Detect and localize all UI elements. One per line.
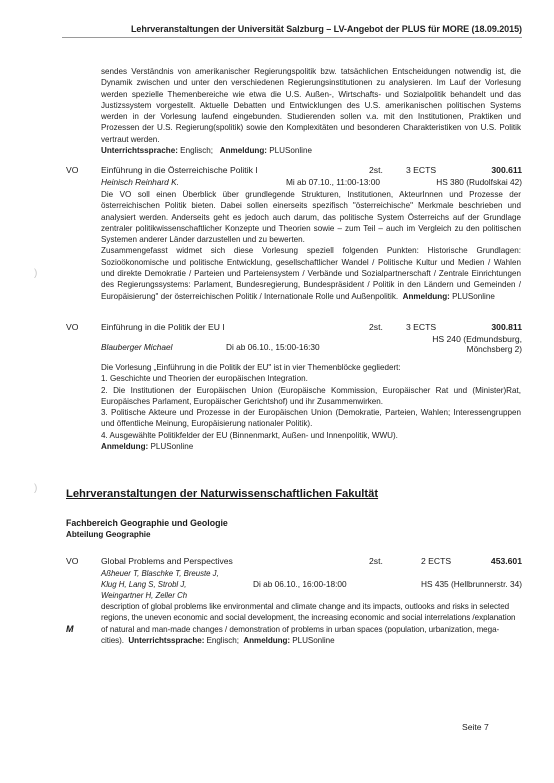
- lang-value: Englisch;: [178, 146, 213, 155]
- course-lecturer: Blauberger Michael: [101, 342, 172, 352]
- registration-value: PLUSonline: [450, 292, 495, 301]
- course-title: Global Problems and Perspectives: [101, 556, 233, 566]
- registration-label: Anmeldung:: [403, 292, 450, 301]
- course-hours: 2st.: [369, 556, 383, 566]
- course-topic: 1. Geschichte und Theorien der europäisc…: [101, 373, 521, 384]
- course-time: Di ab 06.10., 16:00-18:00: [253, 579, 347, 589]
- faculty-heading: Lehrveranstaltungen der Naturwissenschaf…: [66, 488, 378, 500]
- course-entry: VO Global Problems and Perspectives 2st.…: [66, 556, 522, 568]
- registration-label: Anmeldung:: [220, 146, 267, 155]
- intro-text: sendes Verständnis von amerikanischer Re…: [101, 66, 521, 156]
- registration-value: PLUSonline: [290, 636, 334, 645]
- course-room: HS 435 (Hellbrunnerstr. 34): [421, 579, 522, 589]
- course-description: Die Vorlesung „Einführung in die Politik…: [101, 362, 521, 452]
- registration-label: Anmeldung:: [101, 442, 148, 451]
- course-ects: 3 ECTS: [406, 322, 436, 332]
- lecturer-line: Aßheuer T, Blaschke T, Breuste J,: [101, 568, 219, 579]
- course-entry: VO Einführung in die Politik der EU I 2s…: [66, 322, 522, 356]
- course-number: 453.601: [491, 556, 522, 566]
- intro-paragraph: sendes Verständnis von amerikanischer Re…: [101, 66, 521, 145]
- page-header: Lehrveranstaltungen der Universität Salz…: [62, 24, 522, 34]
- registration-label: Anmeldung:: [243, 636, 290, 645]
- course-desc: description of global problems like envi…: [101, 601, 521, 646]
- course-detail-row: Blauberger Michael Di ab 06.10., 15:00-1…: [66, 344, 522, 356]
- lang-label: Unterrichtssprache:: [101, 146, 178, 155]
- course-description: Die VO soll einen Überblick über grundle…: [101, 189, 521, 302]
- course-header-row: VO Einführung in die Politik der EU I 2s…: [66, 322, 522, 334]
- course-ects: 2 ECTS: [421, 556, 451, 566]
- course-ects: 3 ECTS: [406, 165, 436, 175]
- course-type: VO: [66, 556, 78, 566]
- course-description: description of global problems like envi…: [101, 601, 521, 646]
- header-divider: [62, 37, 522, 38]
- lang-label: Unterrichtssprache:: [128, 636, 204, 645]
- course-time: Mi ab 07.10., 11:00-13:00: [286, 177, 380, 187]
- course-time: Di ab 06.10., 15:00-16:30: [226, 342, 320, 352]
- course-room: HS 380 (Rudolfskai 42): [436, 177, 522, 187]
- course-title: Einführung in die Österreichische Politi…: [101, 165, 258, 175]
- course-hours: 2st.: [369, 322, 383, 332]
- subdepartment-heading: Abteilung Geographie: [66, 530, 151, 539]
- course-type: VO: [66, 165, 78, 175]
- course-entry: VO Einführung in die Österreichische Pol…: [66, 165, 522, 189]
- course-desc-2: Zusammengefasst widmet sich diese Vorles…: [101, 245, 521, 301]
- course-type: VO: [66, 322, 78, 332]
- course-title: Einführung in die Politik der EU I: [101, 322, 225, 332]
- binding-mark: ): [34, 483, 37, 494]
- course-detail-row: Heinisch Reinhard K. Mi ab 07.10., 11:00…: [66, 177, 522, 189]
- course-lecturer: Heinisch Reinhard K.: [101, 177, 179, 187]
- course-topic: 4. Ausgewählte Politikfelder der EU (Bin…: [101, 430, 521, 441]
- department-heading: Fachbereich Geographie und Geologie: [66, 518, 228, 528]
- binding-mark: ): [34, 268, 37, 279]
- course-number: 300.811: [491, 322, 522, 332]
- registration-value: PLUSonline: [267, 146, 312, 155]
- course-registration: Anmeldung: PLUSonline: [101, 441, 521, 452]
- course-desc-1: Die VO soll einen Überblick über grundle…: [101, 189, 521, 245]
- lang-value: Englisch;: [204, 636, 239, 645]
- lecturer-line: Weingartner H, Zeller Ch: [101, 590, 219, 601]
- course-header-row: VO Einführung in die Österreichische Pol…: [66, 165, 522, 177]
- course-room-line2: Mönchsberg 2): [467, 344, 522, 354]
- document-page: Lehrveranstaltungen der Universität Salz…: [0, 0, 554, 783]
- registration-value: PLUSonline: [148, 442, 193, 451]
- page-number: Seite 7: [462, 722, 489, 732]
- course-lecturers: Aßheuer T, Blaschke T, Breuste J, Klug H…: [101, 568, 219, 601]
- course-header-row: VO Global Problems and Perspectives 2st.…: [66, 556, 522, 568]
- course-room-line1: HS 240 (Edmundsburg,: [432, 334, 522, 344]
- course-hours: 2st.: [369, 165, 383, 175]
- course-desc-intro: Die Vorlesung „Einführung in die Politik…: [101, 362, 521, 373]
- course-topic: 2. Die Institutionen der Europäischen Un…: [101, 385, 521, 408]
- lecturer-line: Klug H, Lang S, Strobl J,: [101, 579, 219, 590]
- course-marker: M: [66, 624, 74, 634]
- intro-meta: Unterrichtssprache: Englisch; Anmeldung:…: [101, 145, 521, 156]
- course-number: 300.611: [491, 165, 522, 175]
- course-topic: 3. Politische Akteure und Prozesse in de…: [101, 407, 521, 430]
